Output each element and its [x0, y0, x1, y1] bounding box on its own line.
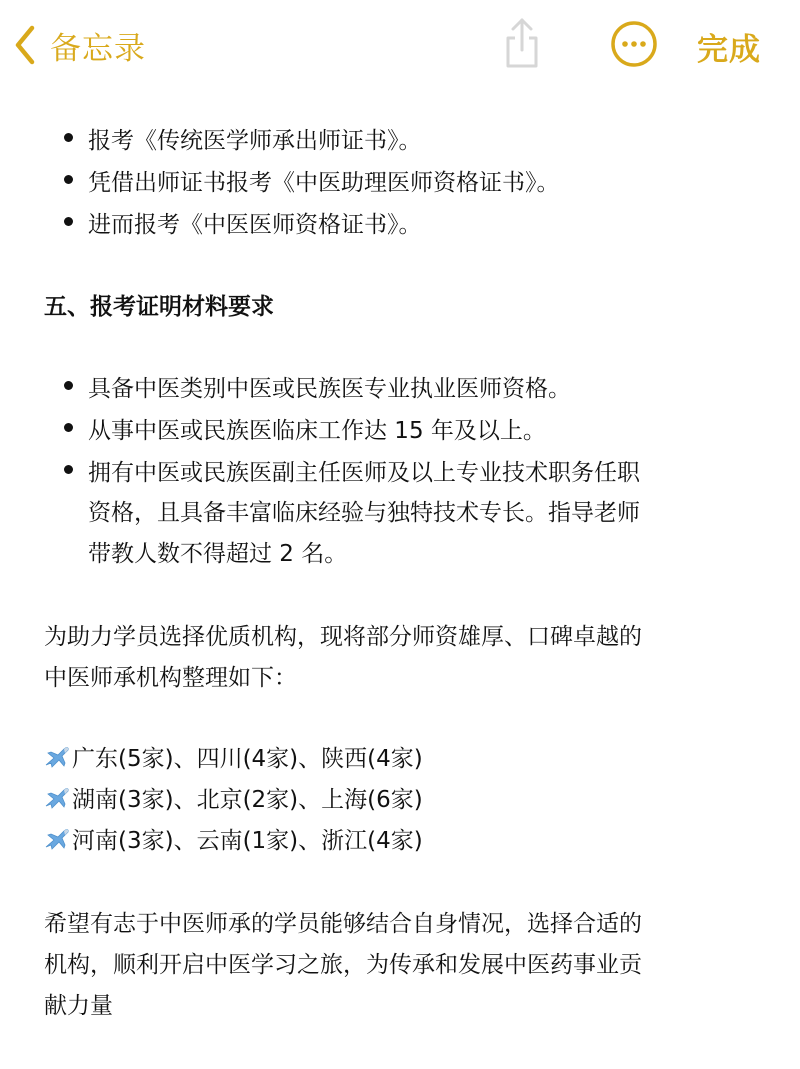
list-item-continuation: 资格，且具备丰富临床经验与独特技术专长。指导老师: [88, 494, 640, 527]
paragraph-line: 机构，顺利开启中医学习之旅，为传承和发展中医药事业贡: [44, 946, 642, 979]
bullet-icon: [64, 465, 73, 474]
paragraph-line: 中医师承机构整理如下：: [44, 659, 297, 692]
region-text: 河南(3家)、云南(1家)、浙江(4家): [72, 828, 423, 854]
more-options-button[interactable]: [610, 20, 658, 68]
bullet-icon: [64, 175, 73, 184]
list-item: 凭借出师证书报考《中医助理医师资格证书》。: [88, 164, 560, 197]
list-item: 报考《传统医学师承出师证书》。: [88, 122, 422, 155]
paragraph-line: 希望有志于中医师承的学员能够结合自身情况，选择合适的: [44, 905, 642, 938]
region-line: 广东(5家)、四川(4家)、陕西(4家): [44, 740, 423, 773]
chevron-left-icon: [14, 25, 36, 65]
region-line: 河南(3家)、云南(1家)、浙江(4家): [44, 822, 423, 855]
bullet-icon: [64, 423, 73, 432]
bullet-icon: [64, 133, 73, 142]
region-text: 广东(5家)、四川(4家)、陕西(4家): [72, 746, 423, 772]
list-item: 拥有中医或民族医副主任医师及以上专业技术职务任职: [88, 454, 640, 487]
region-line: 湖南(3家)、北京(2家)、上海(6家): [44, 781, 423, 814]
bullet-icon: [64, 217, 73, 226]
list-item: 从事中医或民族医临床工作达 15 年及以上。: [88, 412, 546, 445]
airplane-icon: [44, 786, 70, 810]
list-item-continuation: 带教人数不得超过 2 名。: [88, 535, 347, 568]
airplane-icon: [44, 827, 70, 851]
share-icon: [500, 16, 544, 70]
back-label: 备忘录: [50, 23, 146, 68]
paragraph-line: 献力量: [44, 987, 113, 1020]
bullet-icon: [64, 381, 73, 390]
ellipsis-circle-icon: [610, 20, 658, 68]
region-text: 湖南(3家)、北京(2家)、上海(6家): [72, 787, 423, 813]
back-button[interactable]: 备忘录: [14, 22, 146, 68]
list-item: 进而报考《中医医师资格证书》。: [88, 206, 422, 239]
paragraph-line: 为助力学员选择优质机构，现将部分师资雄厚、口碑卓越的: [44, 618, 642, 651]
section-heading: 五、报考证明材料要求: [44, 288, 274, 321]
share-button[interactable]: [500, 16, 544, 70]
airplane-icon: [44, 745, 70, 769]
list-item: 具备中医类别中医或民族医专业执业医师资格。: [88, 370, 571, 403]
done-button[interactable]: 完成: [697, 24, 761, 69]
navigation-bar: 备忘录 完成: [0, 0, 800, 90]
